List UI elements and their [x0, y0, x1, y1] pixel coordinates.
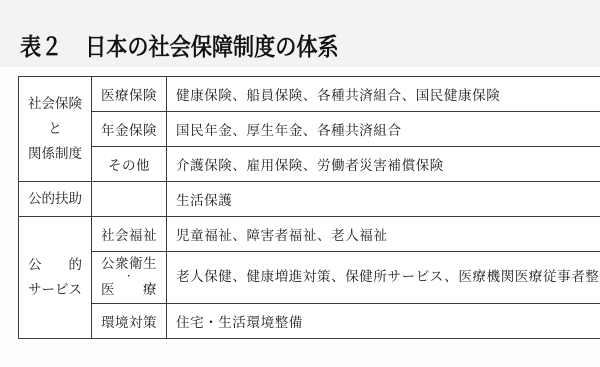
detail-cell: 介護保険、雇用保険、労働者災害補償保険	[167, 147, 600, 182]
subcategory-cell: 社会福祉	[92, 217, 167, 252]
detail-cell: 住宅・生活環境整備	[167, 304, 600, 339]
detail-cell: 老人保健、健康増進対策、保健所サービス、医療機関医療従事者整備	[167, 252, 600, 304]
subcategory-cell: 環境対策	[92, 304, 167, 339]
subcategory-cell-empty	[92, 182, 167, 217]
table-number: 表２	[20, 33, 62, 61]
detail-cell: 生活保護	[167, 182, 600, 217]
table-title-text: 日本の社会保障制度の体系	[85, 33, 338, 61]
table-row: 公 的 サービス 社会福祉 児童福祉、障害者福祉、老人福祉	[19, 217, 600, 252]
table-row: 環境対策 住宅・生活環境整備	[19, 304, 600, 339]
detail-cell: 児童福祉、障害者福祉、老人福祉	[167, 217, 600, 252]
category-line: 社会保険	[28, 92, 82, 117]
subcategory-cell-public-health-medical: 公衆衛生 ・ 医 療	[92, 252, 167, 304]
subcategory-cell: 医療保険	[92, 77, 167, 112]
category-cell-public-assistance: 公的扶助	[19, 182, 92, 217]
subcategory-cell: その他	[92, 147, 167, 182]
table-row: 社会保険 と 関係制度 医療保険 健康保険、船員保険、各種共済組合、国民健康保険	[19, 77, 600, 112]
detail-cell: 健康保険、船員保険、各種共済組合、国民健康保険	[167, 77, 600, 112]
table-row: 年金保険 国民年金、厚生年金、各種共済組合	[19, 112, 600, 147]
category-cell-public-services: 公 的 サービス	[19, 217, 92, 339]
subcategory-cell: 年金保険	[92, 112, 167, 147]
detail-cell: 国民年金、厚生年金、各種共済組合	[167, 112, 600, 147]
category-line: 公 的	[28, 253, 82, 278]
table-row: その他 介護保険、雇用保険、労働者災害補償保険	[19, 147, 600, 182]
category-line: と	[28, 117, 82, 142]
table-row: 公的扶助 生活保護	[19, 182, 600, 217]
table-row: 公衆衛生 ・ 医 療 老人保健、健康増進対策、保健所サービス、医療機関医療従事者…	[19, 252, 600, 304]
page-title: 表２日本の社会保障制度の体系	[20, 27, 339, 62]
category-cell-social-insurance: 社会保険 と 関係制度	[19, 77, 92, 182]
social-security-table: 社会保険 と 関係制度 医療保険 健康保険、船員保険、各種共済組合、国民健康保険…	[18, 76, 600, 339]
category-line: 関係制度	[28, 142, 82, 167]
category-line: サービス	[28, 278, 82, 303]
